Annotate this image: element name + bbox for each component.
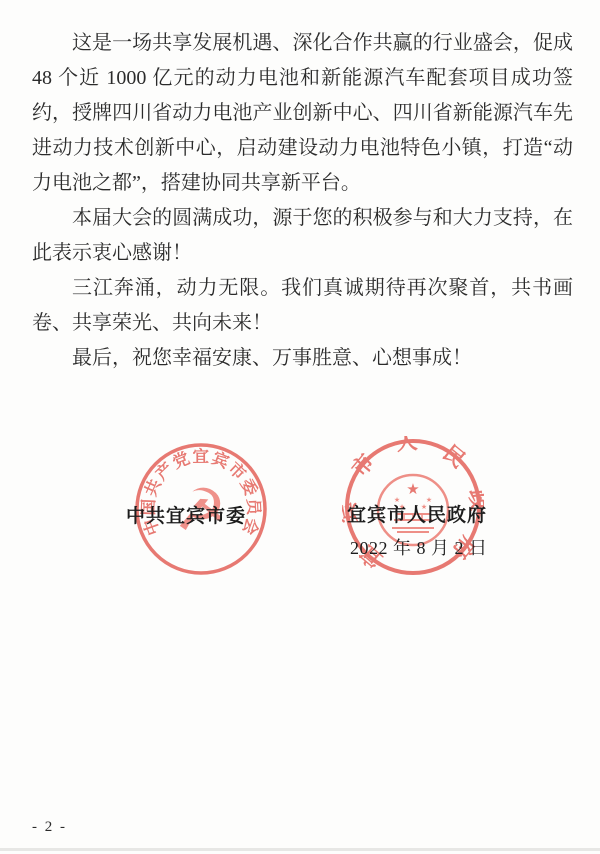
paragraph: 最后，祝您幸福安康、万事胜意、心想事成！ [32, 341, 573, 376]
page-number: - 2 - [32, 819, 67, 836]
paragraph: 三江奔涌，动力无限。我们真诚期待再次聚首，共书画卷、共享荣光、共向未来！ [32, 271, 573, 341]
scan-edge-shadow [0, 848, 600, 851]
signature-government: 宜宾市人民政府 [347, 500, 487, 527]
document-page: 这是一场共享发展机遇、深化合作共赢的行业盛会，促成 48 个近 1000 亿元的… [0, 0, 600, 854]
signature-party-committee: 中共宜宾市委 [126, 501, 246, 528]
svg-text:★: ★ [406, 480, 419, 498]
signature-date: 2022 年 8 月 2 日 [350, 534, 488, 560]
letter-body: 这是一场共享发展机遇、深化合作共赢的行业盛会，促成 48 个近 1000 亿元的… [32, 26, 573, 376]
paragraph: 本届大会的圆满成功，源于您的积极参与和大力支持，在此表示衷心感谢！ [32, 201, 573, 271]
paragraph: 这是一场共享发展机遇、深化合作共赢的行业盛会，促成 48 个近 1000 亿元的… [32, 26, 573, 201]
